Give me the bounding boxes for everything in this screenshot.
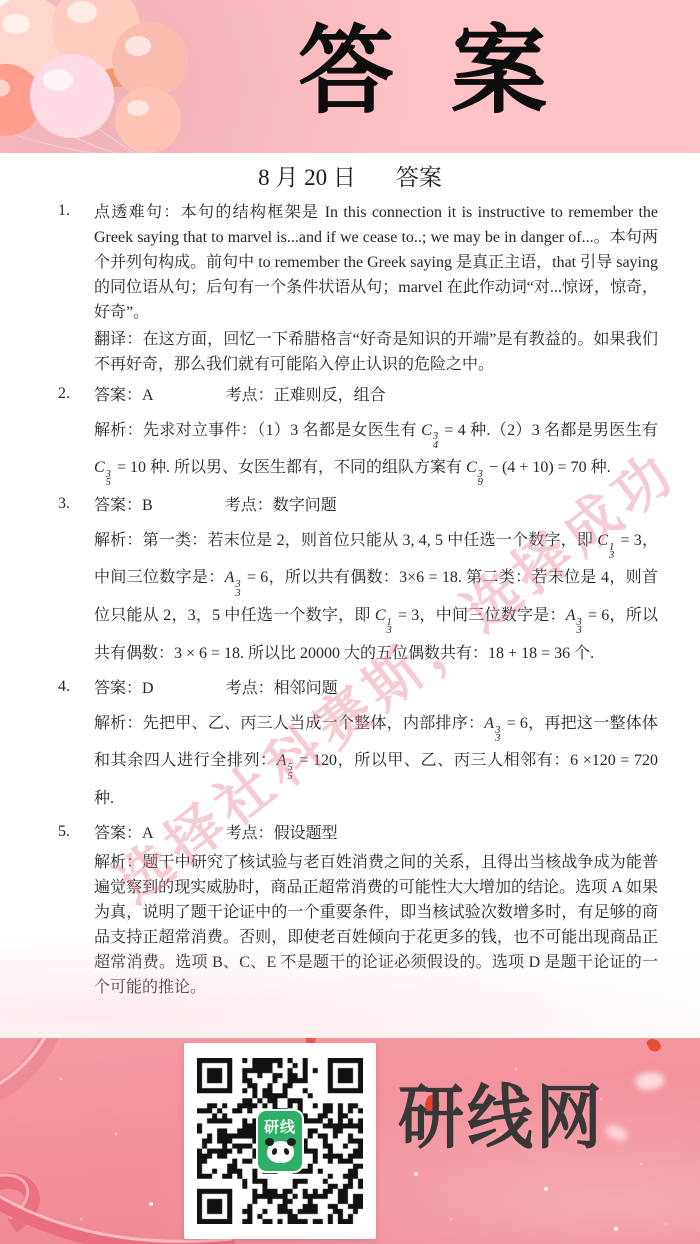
qr-center-logo: 研线 bbox=[256, 1109, 304, 1173]
translation-paragraph: 翻译：在这方面，回忆一下希腊格言“好奇是知识的开端”是有教益的。如果我们不再好奇… bbox=[94, 328, 658, 378]
item-number: 4. bbox=[58, 677, 94, 816]
answers-content: 1. 点透难句：本句的结构框架是 In this connection it i… bbox=[0, 197, 700, 1039]
qr-logo-label: 研线 bbox=[264, 1116, 296, 1137]
explanation-paragraph: 点透难句：本句的结构框架是 In this connection it is i… bbox=[94, 201, 658, 326]
balloons-image bbox=[0, 0, 200, 153]
header-banner: 答案 bbox=[0, 0, 700, 153]
panda-face-icon bbox=[267, 1141, 294, 1163]
footer-banner: 研线 研线网 bbox=[0, 1038, 700, 1244]
answer-label: 答案：D bbox=[94, 680, 154, 697]
answer-item-5: 5. 答案：A考点：假设题型 解析：题干中研究了核试验与老百姓消费之间的关系，且… bbox=[58, 822, 658, 1001]
brand-text: 研线网 bbox=[398, 1061, 605, 1162]
topic-label: 考点：相邻问题 bbox=[226, 680, 338, 697]
answer-item-3: 3. 答案：B考点：数字问题 解析：第一类：若末位是 2，则首位只能从 3, 4… bbox=[58, 494, 658, 671]
answer-label: 答案：B bbox=[94, 497, 153, 514]
item-number: 2. bbox=[58, 384, 94, 488]
topic-label: 考点：正难则反，组合 bbox=[226, 387, 386, 404]
page-title: 答案 bbox=[298, 14, 604, 129]
analysis-paragraph: 解析：第一类：若末位是 2，则首位只能从 3, 4, 5 中任选一个数字，即 C… bbox=[94, 523, 658, 671]
analysis-paragraph: 解析：先把甲、乙、丙三人当成一个整体，内部排序：A33 = 6，再把这一整体体和… bbox=[94, 706, 658, 816]
item-number: 1. bbox=[58, 201, 94, 378]
item-number: 3. bbox=[58, 494, 94, 671]
answer-item-2: 2. 答案：A考点：正难则反，组合 解析：先求对立事件：（1）3 名都是女医生有… bbox=[58, 384, 658, 488]
analysis-paragraph: 解析：题干中研究了核试验与老百姓消费之间的关系，且得出当核战争成为能普遍觉察到的… bbox=[94, 851, 658, 1001]
answer-item-4: 4. 答案：D考点：相邻问题 解析：先把甲、乙、丙三人当成一个整体，内部排序：A… bbox=[58, 677, 658, 816]
topic-label: 考点：假设题型 bbox=[226, 825, 338, 842]
item-number: 5. bbox=[58, 822, 94, 1001]
date-line: 8 月 20 日 答案 bbox=[0, 153, 700, 197]
answer-label: 答案：A bbox=[94, 825, 154, 842]
analysis-paragraph: 解析：先求对立事件：（1）3 名都是女医生有 C34 = 4 种.（2）3 名都… bbox=[94, 413, 658, 488]
answer-item-1: 1. 点透难句：本句的结构框架是 In this connection it i… bbox=[58, 201, 658, 378]
topic-label: 考点：数字问题 bbox=[225, 497, 337, 514]
date-label: 答案 bbox=[396, 159, 442, 192]
sparkle-dots bbox=[60, 1078, 62, 1080]
date-text: 8 月 20 日 bbox=[258, 159, 356, 192]
answer-label: 答案：A bbox=[94, 387, 154, 404]
qr-card: 研线 bbox=[184, 1043, 376, 1239]
